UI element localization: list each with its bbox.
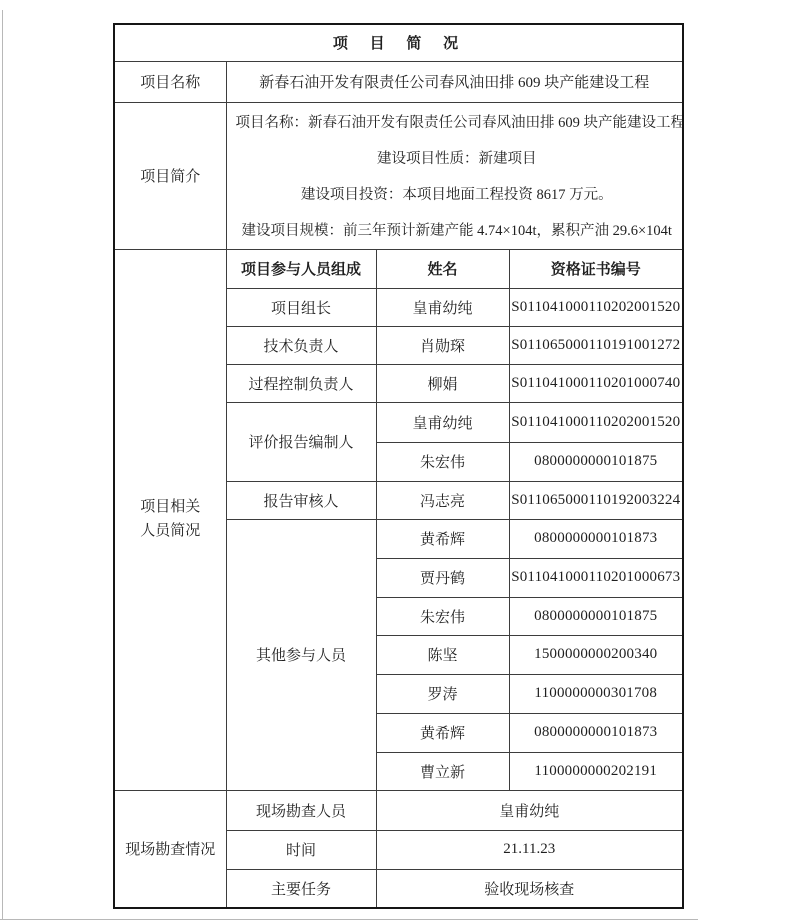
personnel-section-label-line1: 项目相关 xyxy=(115,496,226,519)
personnel-role-cell: 其他参与人员 xyxy=(226,519,376,790)
personnel-role-cell: 过程控制负责人 xyxy=(226,364,376,402)
intro-line: 项目名称：新春石油开发有限责任公司春风油田排 609 块产能建设工程。 xyxy=(236,111,679,132)
personnel-name-cell: 朱宏伟 xyxy=(376,442,509,481)
personnel-role-cell: 技术负责人 xyxy=(226,326,376,364)
personnel-name-cell: 皇甫幼纯 xyxy=(376,402,509,442)
project-intro-cell: 项目名称：新春石油开发有限责任公司春风油田排 609 块产能建设工程。 建设项目… xyxy=(226,102,683,249)
personnel-name-cell: 贾丹鹤 xyxy=(376,558,509,597)
survey-row-value: 验收现场核查 xyxy=(376,869,683,908)
personnel-role-cell: 项目组长 xyxy=(226,288,376,326)
personnel-cert-cell: 1100000000301708 xyxy=(509,674,683,713)
personnel-role-cell: 报告审核人 xyxy=(226,481,376,519)
personnel-cert-cell: 0800000000101875 xyxy=(509,597,683,635)
intro-line: 建设项目规模：前三年预计新建产能 4.74×104t，累积产油 29.6×104… xyxy=(236,219,679,240)
personnel-cert-cell: 0800000000101873 xyxy=(509,713,683,752)
survey-row-label: 主要任务 xyxy=(226,869,376,908)
survey-row-value: 21.11.23 xyxy=(376,830,683,869)
personnel-name-cell: 柳娟 xyxy=(376,364,509,402)
survey-row-label: 现场勘查人员 xyxy=(226,790,376,830)
project-name-value: 新春石油开发有限责任公司春风油田排 609 块产能建设工程 xyxy=(226,61,683,102)
survey-row-label: 时间 xyxy=(226,830,376,869)
personnel-name-cell: 曹立新 xyxy=(376,752,509,790)
personnel-name-cell: 黄希辉 xyxy=(376,713,509,752)
personnel-cert-cell: S011041000110202001520 xyxy=(509,402,683,442)
project-name-label: 项目名称 xyxy=(114,61,226,102)
personnel-name-cell: 陈坚 xyxy=(376,635,509,674)
personnel-cert-cell: 0800000000101873 xyxy=(509,519,683,558)
personnel-header-role: 项目参与人员组成 xyxy=(226,249,376,288)
survey-section-label: 现场勘查情况 xyxy=(114,790,226,908)
survey-row-value: 皇甫幼纯 xyxy=(376,790,683,830)
personnel-cert-cell: 1500000000200340 xyxy=(509,635,683,674)
personnel-header-name: 姓名 xyxy=(376,249,509,288)
personnel-cert-cell: S011065000110191001272 xyxy=(509,326,683,364)
personnel-cert-cell: S011041000110201000673 xyxy=(509,558,683,597)
personnel-name-cell: 罗涛 xyxy=(376,674,509,713)
personnel-name-cell: 朱宏伟 xyxy=(376,597,509,635)
personnel-cert-cell: S011041000110202001520 xyxy=(509,288,683,326)
personnel-role-cell: 评价报告编制人 xyxy=(226,402,376,481)
page-edge-left xyxy=(2,10,3,919)
personnel-name-cell: 冯志亮 xyxy=(376,481,509,519)
personnel-name-cell: 肖勋琛 xyxy=(376,326,509,364)
personnel-header-cert: 资格证书编号 xyxy=(509,249,683,288)
personnel-name-cell: 黄希辉 xyxy=(376,519,509,558)
personnel-section-label-line2: 人员简况 xyxy=(115,520,226,543)
personnel-name-cell: 皇甫幼纯 xyxy=(376,288,509,326)
project-intro-label: 项目简介 xyxy=(114,102,226,249)
page-edge-bottom xyxy=(0,919,698,920)
personnel-cert-cell: 0800000000101875 xyxy=(509,442,683,481)
personnel-cert-cell: S011041000110201000740 xyxy=(509,364,683,402)
personnel-cert-cell: S011065000110192003224 xyxy=(509,481,683,519)
project-overview-table: 项 目 简 况 项目名称 新春石油开发有限责任公司春风油田排 609 块产能建设… xyxy=(113,23,684,909)
intro-line: 建设项目性质：新建项目 xyxy=(236,147,679,168)
personnel-cert-cell: 1100000000202191 xyxy=(509,752,683,790)
intro-line: 建设项目投资：本项目地面工程投资 8617 万元。 xyxy=(236,183,679,204)
table-title: 项 目 简 况 xyxy=(114,24,683,61)
personnel-section-label: 项目相关 人员简况 xyxy=(114,249,226,790)
